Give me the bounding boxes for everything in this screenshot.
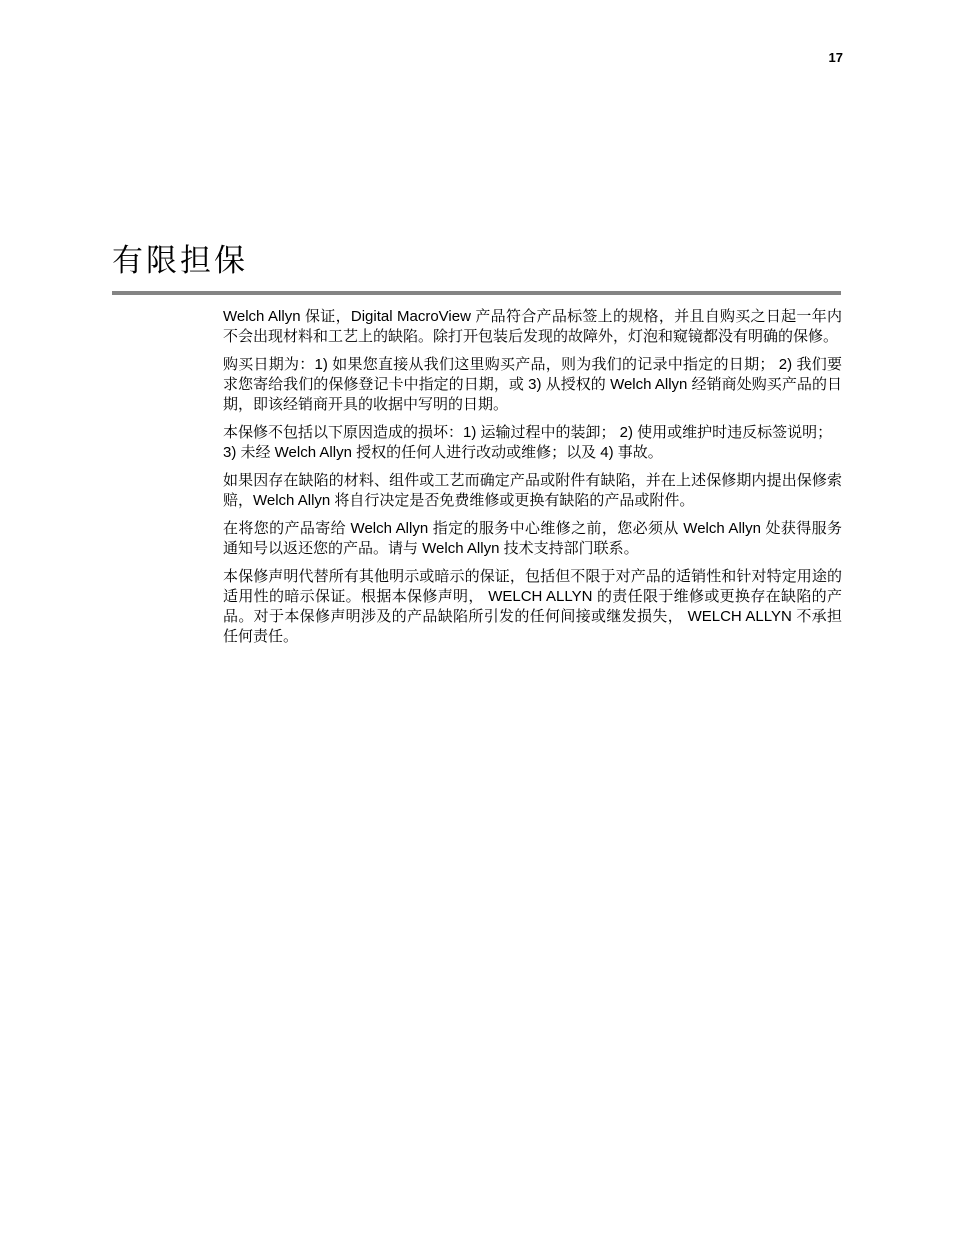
document-page: 17 有限担保 Welch Allyn 保证，Digital MacroView… — [0, 0, 954, 1235]
warranty-paragraph: 购买日期为：1) 如果您直接从我们这里购买产品，则为我们的记录中指定的日期； 2… — [223, 355, 842, 415]
warranty-text: Welch Allyn 保证，Digital MacroView 产品符合产品标… — [223, 307, 842, 655]
page-number: 17 — [829, 50, 843, 65]
warranty-paragraph: 本保修声明代替所有其他明示或暗示的保证，包括但不限于对产品的适销性和针对特定用途… — [223, 567, 842, 647]
warranty-paragraph: 如果因存在缺陷的材料、组件或工艺而确定产品或附件有缺陷，并在上述保修期内提出保修… — [223, 471, 842, 511]
page-title: 有限担保 — [112, 242, 248, 281]
warranty-paragraph: 在将您的产品寄给 Welch Allyn 指定的服务中心维修之前，您必须从 We… — [223, 519, 842, 559]
warranty-paragraph: 本保修不包括以下原因造成的损坏：1) 运输过程中的装卸； 2) 使用或维护时违反… — [223, 423, 842, 463]
warranty-paragraph: Welch Allyn 保证，Digital MacroView 产品符合产品标… — [223, 307, 842, 347]
title-divider — [112, 291, 841, 295]
